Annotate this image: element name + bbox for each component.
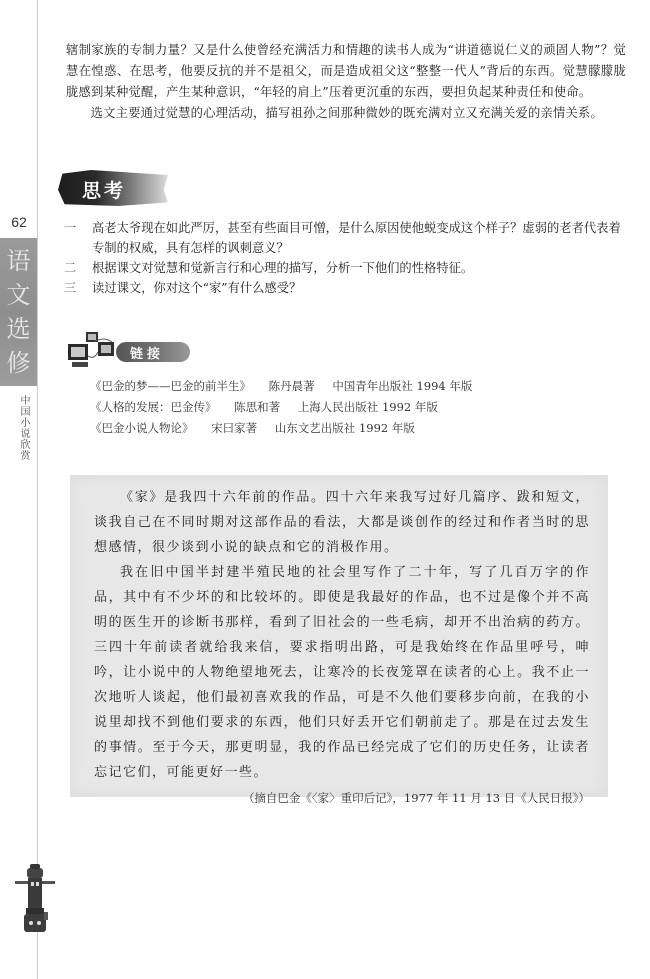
quote-paragraph: 《家》是我四十六年前的作品。四十六年来我写过好几篇序、跋和短文，谈我自己在不同时… <box>94 485 590 560</box>
intro-text: 辖制家族的专制力量？又是什么使曾经充满活力和情趣的读书人成为“讲道德说仁义的顽固… <box>66 40 626 124</box>
reference-item: 《巴金的梦——巴金的前半生》 陈丹晨著 中国青年出版社 1994 年版 <box>90 376 610 397</box>
question-text: 高老太爷现在如此严厉，甚至有些面目可憎，是什么原因使他蜕变成这个样子？虚弱的老者… <box>92 218 629 258</box>
reference-author: 陈丹晨著 <box>269 379 315 393</box>
reference-item: 《巴金小说人物论》 宋曰家著 山东文艺出版社 1992 年版 <box>90 418 610 439</box>
reference-publisher: 上海人民出版社 1992 年版 <box>298 400 438 414</box>
book-subtitle: 中国小说欣赏 <box>6 395 30 461</box>
reference-title: 《人格的发展：巴金传》 <box>90 400 217 414</box>
series-side-band: 语 文 选 修 <box>0 238 37 386</box>
quote-box: 《家》是我四十六年前的作品。四十六年来我写过好几篇序、跋和短文，谈我自己在不同时… <box>70 475 608 797</box>
link-section-title: 链接 <box>130 343 164 362</box>
intro-paragraph: 辖制家族的专制力量？又是什么使曾经充满活力和情趣的读书人成为“讲道德说仁义的顽固… <box>66 40 626 103</box>
question-text: 根据课文对觉慧和觉新言行和心理的描写，分析一下他们的性格特征。 <box>92 258 629 278</box>
oil-lamp-icon <box>10 860 60 955</box>
think-section-title: 思考 <box>82 176 126 203</box>
page-margin-line <box>37 0 38 979</box>
reference-title: 《巴金小说人物论》 <box>90 421 194 435</box>
reference-title: 《巴金的梦——巴金的前半生》 <box>90 379 251 393</box>
question-number: 二 <box>64 258 92 278</box>
question-item: 一 高老太爷现在如此严厉，甚至有些面目可憎，是什么原因使他蜕变成这个样子？虚弱的… <box>64 218 629 258</box>
intro-paragraph: 选文主要通过觉慧的心理活动，描写祖孙之间那种微妙的既充满对立又充满关爱的亲情关系… <box>66 103 626 124</box>
think-questions-list: 一 高老太爷现在如此严厉，甚至有些面目可憎，是什么原因使他蜕变成这个样子？虚弱的… <box>64 218 629 298</box>
quote-paragraph: 我在旧中国半封建半殖民地的社会里写作了二十年，写了几百万字的作品，其中有不少坏的… <box>94 560 590 785</box>
question-text: 读过课文，你对这个“家”有什么感受？ <box>92 278 629 298</box>
side-band-char: 选 <box>7 316 31 342</box>
question-item: 三 读过课文，你对这个“家”有什么感受？ <box>64 278 629 298</box>
reference-publisher: 中国青年出版社 1994 年版 <box>332 379 472 393</box>
link-section-header: 链接 <box>64 330 194 370</box>
question-number: 一 <box>64 218 92 258</box>
side-band-char: 修 <box>7 350 31 376</box>
computer-icon <box>64 330 124 370</box>
reference-list: 《巴金的梦——巴金的前半生》 陈丹晨著 中国青年出版社 1994 年版 《人格的… <box>90 376 610 439</box>
quote-content: 《家》是我四十六年前的作品。四十六年来我写过好几篇序、跋和短文，谈我自己在不同时… <box>94 485 590 809</box>
reference-author: 宋曰家著 <box>211 421 257 435</box>
question-number: 三 <box>64 278 92 298</box>
reference-author: 陈思和著 <box>234 400 280 414</box>
side-band-char: 语 <box>7 248 31 274</box>
quote-source: （摘自巴金《〈家〉重印后记》，1977 年 11 月 13 日《人民日报》） <box>94 787 590 809</box>
question-item: 二 根据课文对觉慧和觉新言行和心理的描写，分析一下他们的性格特征。 <box>64 258 629 278</box>
page-number: 62 <box>4 214 34 230</box>
side-band-char: 文 <box>7 282 31 308</box>
reference-item: 《人格的发展：巴金传》 陈思和著 上海人民出版社 1992 年版 <box>90 397 610 418</box>
reference-publisher: 山东文艺出版社 1992 年版 <box>275 421 415 435</box>
